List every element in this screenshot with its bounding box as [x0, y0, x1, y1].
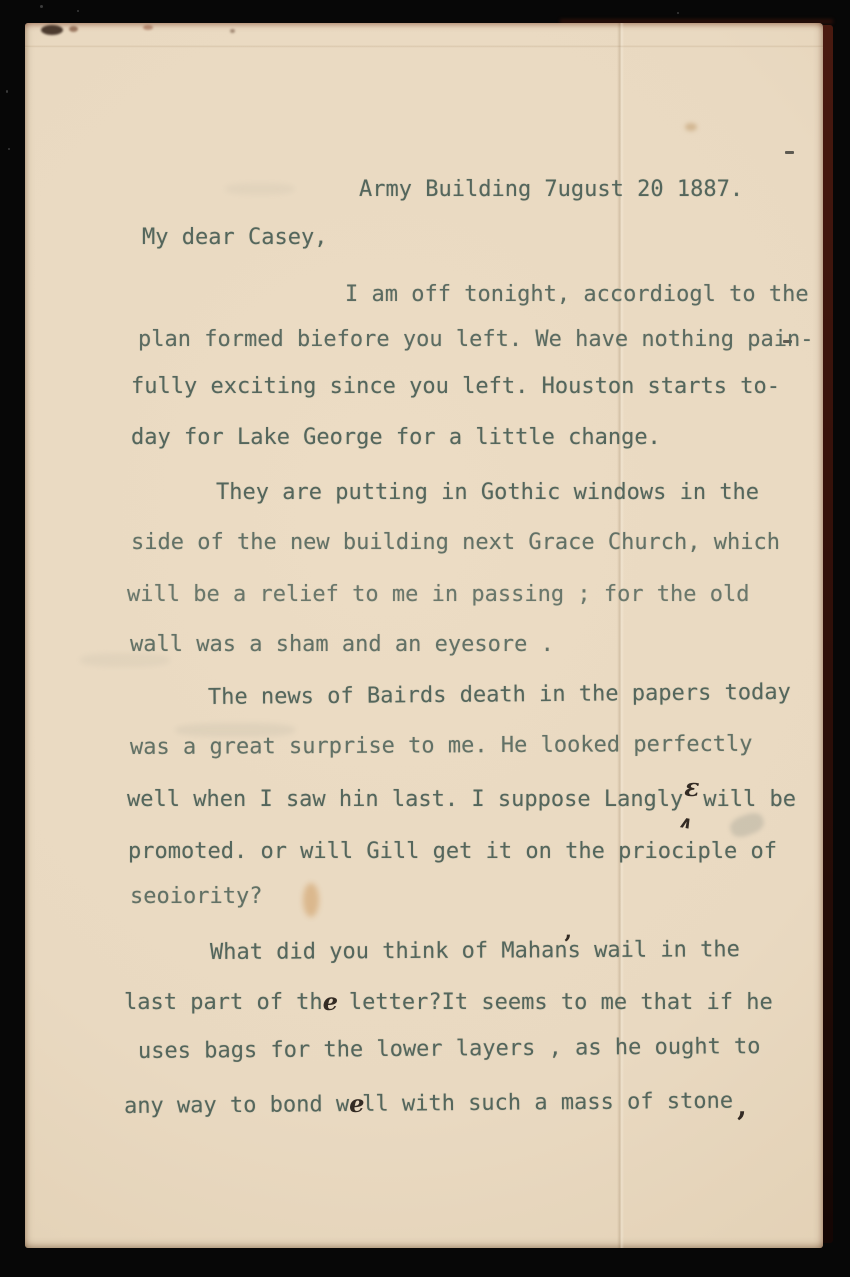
smudge	[728, 810, 767, 840]
handwritten-overstruck-e: e	[323, 990, 336, 1014]
body-line: I am off tonight, accordiogl to the	[345, 282, 809, 308]
body-line-with-overstrike: any way to bond well with such a mass of…	[124, 1085, 743, 1120]
handwritten-e-above: ε	[684, 775, 699, 800]
typed-text: letter?It seems to me that if he	[336, 990, 773, 1015]
typed-text: well when I saw hin last. I suppose Lang…	[127, 787, 683, 812]
body-line: plan formed biefore you left. We have no…	[138, 327, 814, 353]
handwritten-overstruck-e: e	[349, 1092, 362, 1116]
horizontal-crease	[25, 45, 823, 48]
body-line: The news of Bairds death in the papers t…	[208, 680, 791, 711]
stain	[303, 883, 319, 917]
body-line: promoted. or will Gill get it on the pri…	[128, 839, 777, 865]
bleed-through	[225, 183, 295, 195]
typed-text: What did you think of Mahan	[210, 938, 568, 965]
body-line: wall was a sham and an eyesore .	[130, 632, 554, 658]
body-line: day for Lake George for a little change.	[131, 425, 661, 451]
stain	[685, 123, 697, 131]
dust-speck	[77, 10, 79, 12]
photo-background: Army Building 7ugust 20 1887. My dear Ca…	[0, 0, 850, 1277]
body-line: will be a relief to me in passing ; for …	[127, 582, 750, 608]
dust-speck	[40, 5, 43, 8]
handwritten-caret-below: ∧	[676, 814, 696, 833]
typed-text: s wail in the	[568, 937, 740, 963]
handwritten-apostrophe: ’	[564, 932, 572, 956]
edge-mark	[785, 151, 794, 154]
body-line: fully exciting since you left. Houston s…	[131, 374, 780, 400]
body-line: uses bags for the lower layers , as he o…	[138, 1034, 761, 1065]
handwritten-comma: ,	[737, 1090, 747, 1123]
body-line: seoiority?	[130, 884, 262, 910]
stain	[143, 25, 153, 30]
body-line: They are putting in Gothic windows in th…	[216, 480, 759, 506]
date-line: Army Building 7ugust 20 1887.	[359, 177, 743, 203]
stain	[230, 29, 235, 33]
body-line-with-apostrophe: What did you think of Mahan’s wail in th…	[210, 937, 740, 966]
body-line: was a great surprise to me. He looked pe…	[130, 732, 753, 761]
body-line-with-overstrike: last part of the letter?It seems to me t…	[124, 989, 773, 1016]
typed-text: any way to bond w	[124, 1092, 349, 1119]
typed-text: last part of th	[124, 990, 323, 1015]
typed-text: will be	[703, 787, 796, 812]
body-line: side of the new building next Grace Chur…	[131, 530, 780, 556]
paper-deckle-edge	[823, 25, 833, 1243]
dust-speck	[8, 148, 10, 150]
salutation: My dear Casey,	[142, 225, 327, 251]
stain	[41, 25, 63, 35]
stain	[69, 26, 78, 32]
typed-text: ll with such a mass of stone	[362, 1089, 733, 1117]
letter-paper: Army Building 7ugust 20 1887. My dear Ca…	[25, 23, 823, 1248]
vertical-fold-line	[617, 23, 624, 1248]
dust-speck	[6, 90, 8, 93]
dust-speck	[677, 12, 679, 14]
body-line-with-insert: well when I saw hin last. I suppose Lang…	[127, 787, 796, 813]
